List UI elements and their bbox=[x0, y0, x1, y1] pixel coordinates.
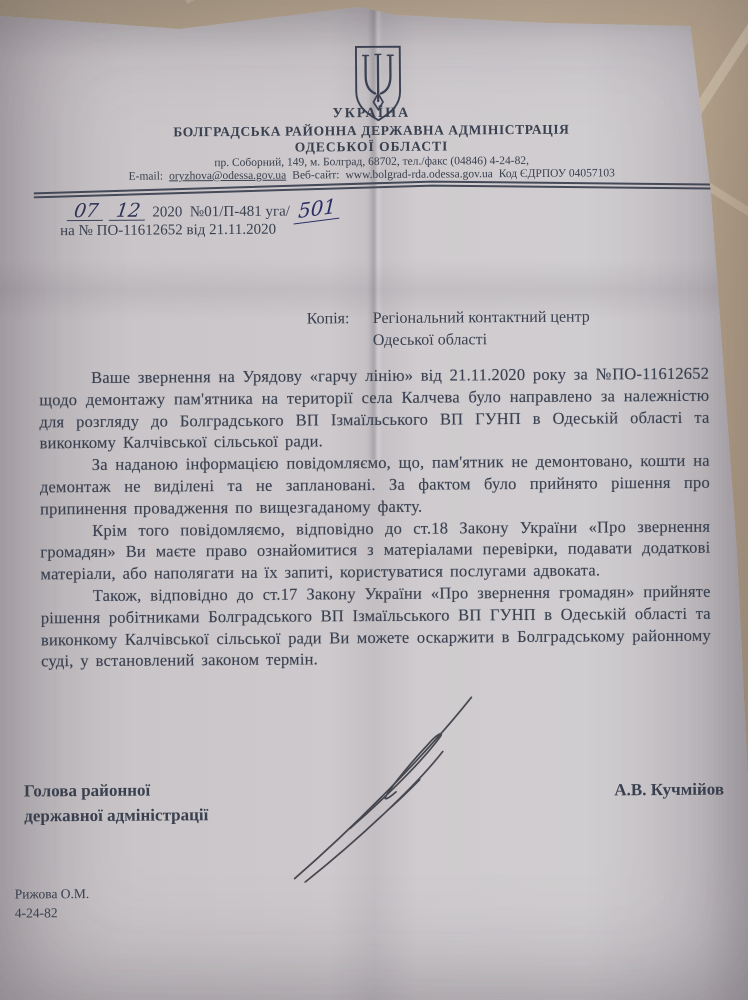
floor-grout-line bbox=[183, 0, 326, 4]
reference-line: 07122020 №01/П-481 уга/501 bbox=[68, 196, 340, 223]
handwritten-day: 07 bbox=[67, 203, 106, 221]
executor-phone: 4-24-82 bbox=[15, 905, 58, 921]
handwritten-month: 12 bbox=[109, 203, 148, 221]
handwritten-outgoing-number: 501 bbox=[294, 193, 341, 224]
handwritten-signature bbox=[289, 689, 495, 882]
reply-reference-line: на № ПО-11612652 від 21.11.2020 bbox=[60, 222, 276, 241]
copy-recipient-region: Одеської області bbox=[373, 331, 487, 350]
paragraph-4: Також, відповідно до ст.17 Закону Україн… bbox=[41, 581, 712, 673]
letter-paper: УКРАЇНА БОЛГРАДСЬКА РАЙОННА ДЕРЖАВНА АДМ… bbox=[0, 0, 748, 1000]
paragraph-2: За наданою інформацією повідомляємо, що,… bbox=[40, 450, 710, 520]
letterhead-divider-rule bbox=[32, 178, 722, 199]
signer-position-line2: державної адміністрації bbox=[24, 805, 208, 826]
copy-label: Копія: bbox=[307, 310, 350, 328]
document-photo: УКРАЇНА БОЛГРАДСЬКА РАЙОННА ДЕРЖАВНА АДМ… bbox=[0, 0, 748, 1000]
executor-name: Рижова О.М. bbox=[15, 886, 90, 903]
paragraph-3: Крім того повідомляємо, відповідно до ст… bbox=[40, 515, 710, 585]
copy-recipient: Регіональний контактний центр bbox=[373, 308, 590, 328]
signer-position: Голова районної bbox=[24, 781, 150, 802]
printed-year: 2020 bbox=[152, 204, 182, 220]
letter-body: Ваше звернення на Урядову «гарчу лінію» … bbox=[39, 363, 711, 673]
document-number: №01/П-481 уга/ bbox=[190, 204, 290, 221]
signer-name: А.В. Кучмійов bbox=[614, 780, 724, 801]
paragraph-1: Ваше звернення на Урядову «гарчу лінію» … bbox=[39, 363, 710, 455]
